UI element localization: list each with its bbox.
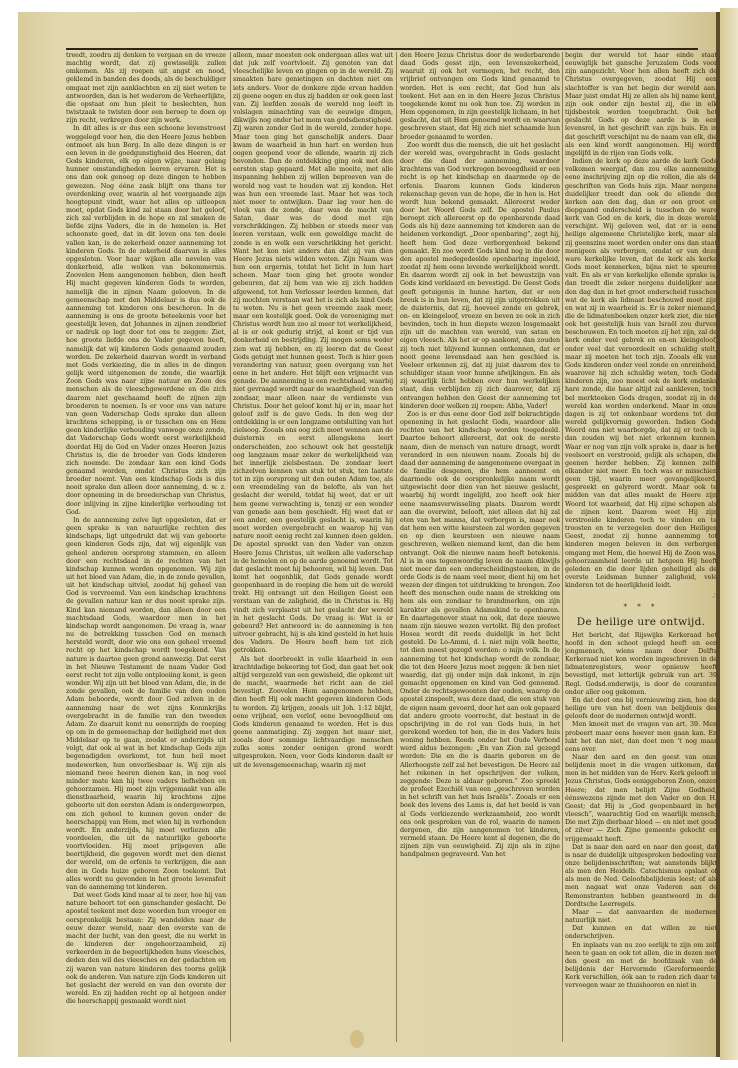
paragraph: alleen, maar moesten ook ondergaan alles… <box>233 52 393 656</box>
paragraph: Dat kunnen en dat willen ze niet ondersc… <box>565 925 717 941</box>
paragraph: En inplaats van nu zoo eerlijk te zijn o… <box>565 942 717 991</box>
column-divider <box>396 52 397 1042</box>
paragraph: In de aanneming zelve ligt opgesloten, d… <box>66 517 226 892</box>
section-end-ornament: ∴ <box>565 592 717 600</box>
column-divider <box>562 52 563 1042</box>
column-2: alleen, maar moesten ook ondergaan alles… <box>233 52 393 770</box>
column-1: treedt, zoodra zij denken te vergaan en … <box>66 52 226 1006</box>
paragraph: Naar den aard en den geest van onze beli… <box>565 754 717 844</box>
column-4: begin der wereld tot haar einde staat ee… <box>565 52 717 991</box>
paragraph: Als het doorbreekt in volle klaarheid in… <box>233 656 393 770</box>
paragraph: treedt, zoodra zij denken te vergaan en … <box>66 52 226 125</box>
paragraph: begin der wereld tot haar einde staat ee… <box>565 52 717 158</box>
paragraph: den Heere Jezus Christus door de wederba… <box>400 52 560 142</box>
paragraph: Men knoeit met de vragen van art. 39. Me… <box>565 721 717 754</box>
paragraph: In dit alles is er dus een schoone leven… <box>66 125 226 517</box>
column-divider <box>230 52 231 1042</box>
top-rule <box>66 48 698 50</box>
paragraph: Zoo wordt dus die mensch, die uit het ge… <box>400 142 560 411</box>
paper-stain <box>350 1030 364 1048</box>
paragraph: Het bericht, dat Rijswijks Kerkeraad het… <box>565 632 717 697</box>
paragraph: Indien de kerk op deze aarde de kerk God… <box>565 158 717 590</box>
article-headline: De heilige ure ontwijd. <box>565 615 717 629</box>
paragraph: Zoo is er dus eene door God zelf bekrach… <box>400 411 560 860</box>
paragraph: En dat doet ons bij vernieuwing zien, ho… <box>565 697 717 721</box>
paragraph: Maar — dat aanvaarden de modernen natuur… <box>565 909 717 925</box>
article-separator: * * * <box>565 603 717 611</box>
column-3: den Heere Jezus Christus door de wederba… <box>400 52 560 859</box>
next-page-edge <box>720 8 738 1060</box>
paragraph: Dat weet Gods kind maar al te zeer, hoe … <box>66 892 226 1006</box>
paragraph: Dat is naar den aard en naar den geest, … <box>565 844 717 909</box>
